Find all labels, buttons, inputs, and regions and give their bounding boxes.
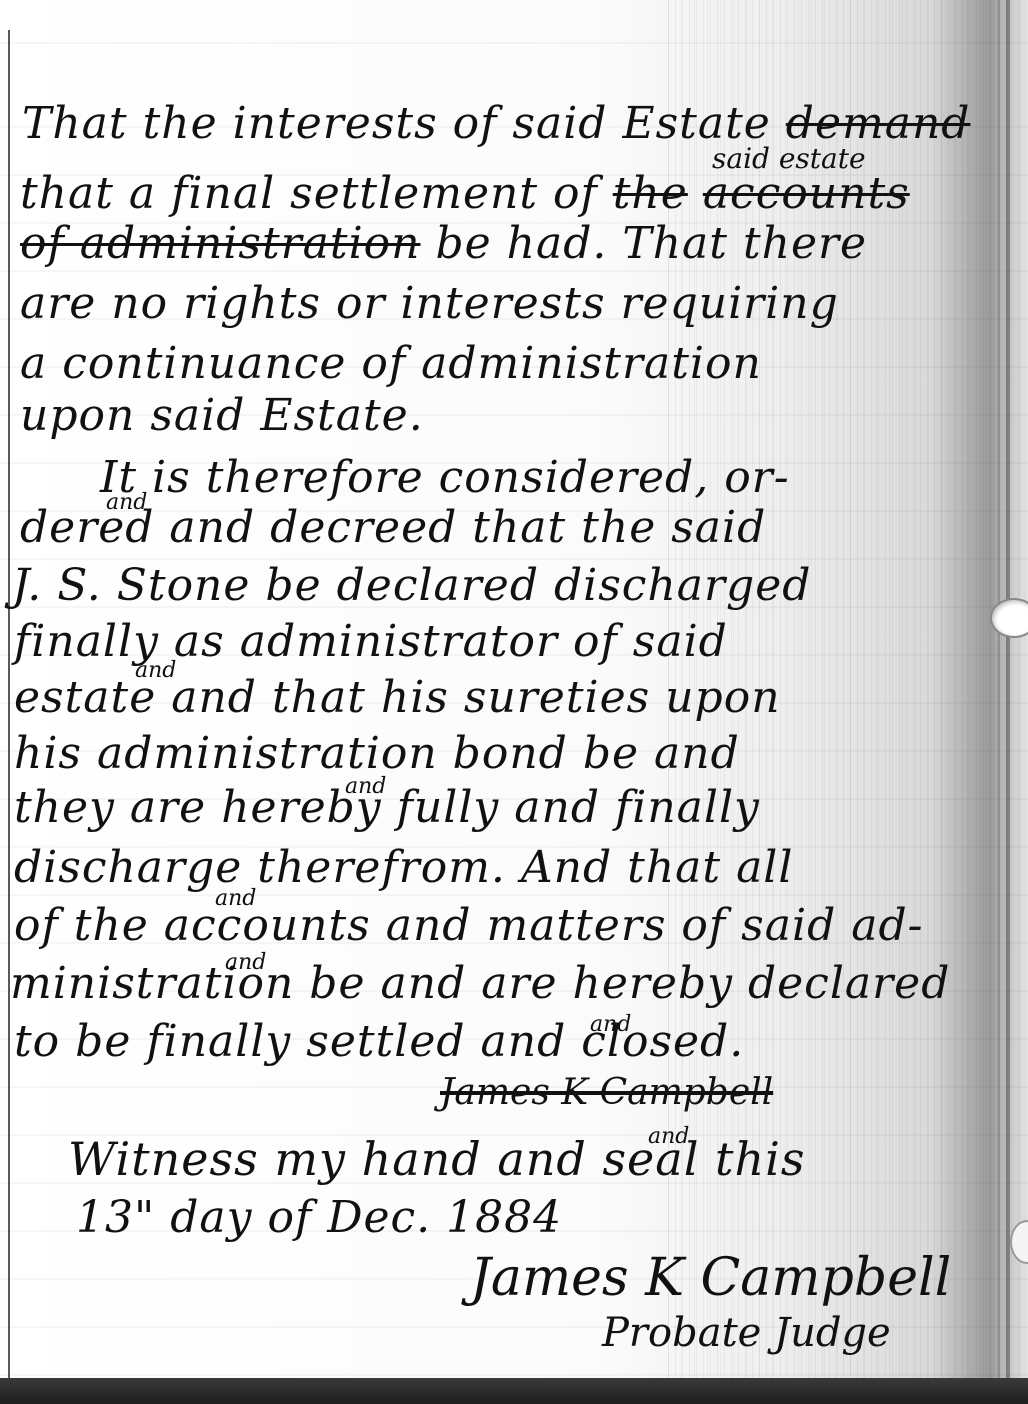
judge-title: Probate Judge bbox=[602, 1310, 891, 1356]
struck-signature: James K Campbell bbox=[440, 1072, 773, 1113]
left-margin-rule bbox=[8, 30, 10, 1380]
text-line-17: to be finally settled and closed. bbox=[14, 1016, 744, 1067]
punch-hole-lower bbox=[1010, 1220, 1028, 1264]
scan-bottom-edge bbox=[0, 1378, 1028, 1404]
text-line-11: estate and that his sureties upon bbox=[14, 672, 781, 723]
judge-signature: James K Campbell bbox=[470, 1248, 951, 1308]
attestation-line-2: 13" day of Dec. 1884 bbox=[76, 1192, 562, 1243]
attestation-line-1: Witness my hand and seal this bbox=[68, 1132, 805, 1186]
struck-word: the bbox=[613, 168, 688, 219]
text-line-9: J. S. Stone be declared discharged bbox=[12, 560, 811, 611]
interlineation-and: and bbox=[648, 1124, 689, 1149]
punch-hole bbox=[990, 598, 1028, 638]
fold-shadow-secondary bbox=[998, 0, 1000, 1380]
text-line-3: of administration be had. That there bbox=[20, 218, 867, 269]
line-text: that a final settlement of bbox=[20, 168, 613, 219]
text-line-14: discharge therefrom. And that all bbox=[14, 842, 793, 893]
document-page: That the interests of said Estate demand… bbox=[0, 0, 1028, 1380]
struck-phrase: of administration bbox=[20, 218, 420, 269]
text-line-13: they are hereby fully and finally bbox=[14, 782, 760, 833]
text-line-10: finally as administrator of said bbox=[14, 616, 728, 667]
text-line-4: are no rights or interests requiring bbox=[20, 278, 839, 329]
line-text: be had. That there bbox=[420, 218, 867, 269]
interlineation-and: and bbox=[106, 490, 147, 515]
text-line-15: of the accounts and matters of said ad- bbox=[14, 900, 923, 951]
fold-shadow bbox=[1006, 0, 1010, 1380]
line-text: That the interests of said Estate bbox=[22, 98, 771, 149]
text-line-5: a continuance of administration bbox=[20, 338, 762, 389]
text-line-6: upon said Estate. bbox=[20, 390, 424, 441]
interlineation-and: and bbox=[225, 950, 266, 975]
interlineation-and: and bbox=[345, 774, 386, 799]
text-line-12: his administration bond be and bbox=[14, 728, 740, 779]
text-line-7: It is therefore considered, or- bbox=[100, 452, 790, 503]
interlineation-and: and bbox=[215, 886, 256, 911]
interlineation-and: and bbox=[135, 658, 176, 683]
text-line-16: ministration be and are hereby declared bbox=[10, 958, 950, 1009]
struck-word: accounts bbox=[703, 168, 910, 219]
interlineation-and: and bbox=[590, 1012, 631, 1037]
text-line-2: that a final settlement of the accounts bbox=[20, 168, 910, 219]
